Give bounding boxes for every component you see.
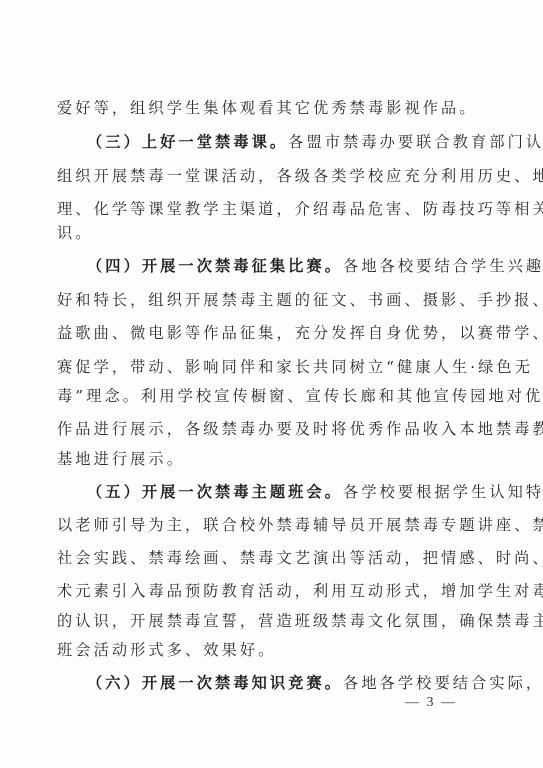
section-3-line: 组织开展禁毒一堂课活动，各级各类学校应充分利用历史、地 (57, 166, 514, 186)
section-4-text: 各地各校要结合学生兴趣爱 (343, 257, 543, 275)
paragraph-continuation: 爱好等，组织学生集体观看其它优秀禁毒影视作品。 (57, 98, 514, 118)
section-3-first-line: （三）上好一堂禁毒课。各盟市禁毒办要联合教育部门认真 (87, 132, 514, 152)
section-4-line: 好和特长，组织开展禁毒主题的征文、书画、摄影、手抄报、公 (57, 290, 514, 310)
section-5-heading: （五）开展一次禁毒主题班会。 (87, 483, 343, 501)
section-4-line: 毒”理念。利用学校宣传橱窗、宣传长廊和其他宣传园地对优秀 (57, 386, 514, 406)
section-5-line: 的认识，开展禁毒宣誓，营造班级禁毒文化氛围，确保禁毒主题 (57, 611, 514, 631)
section-5-text: 各学校要根据学生认知特点， (343, 483, 543, 501)
section-3-text: 各盟市禁毒办要联合教育部门认真 (288, 133, 543, 151)
document-page: 爱好等，组织学生集体观看其它优秀禁毒影视作品。 （三）上好一堂禁毒课。各盟市禁毒… (0, 0, 543, 768)
section-5-line: 术元素引入毒品预防教育活动，利用互动形式，增加学生对毒品 (57, 581, 514, 601)
page-number: — 3 — (405, 695, 457, 711)
section-4-heading: （四）开展一次禁毒征集比赛。 (87, 257, 343, 275)
section-5-first-line: （五）开展一次禁毒主题班会。各学校要根据学生认知特点， (87, 482, 514, 502)
section-6-heading: （六）开展一次禁毒知识竞赛。 (87, 674, 343, 692)
section-5-line: 社会实践、禁毒绘画、禁毒文艺演出等活动，把情感、时尚、艺 (57, 548, 514, 568)
section-4-first-line: （四）开展一次禁毒征集比赛。各地各校要结合学生兴趣爱 (87, 256, 514, 276)
section-3-line: 识。 (57, 223, 514, 243)
section-3-heading: （三）上好一堂禁毒课。 (87, 133, 288, 151)
section-5-line: 班会活动形式多、效果好。 (57, 640, 514, 660)
section-3-line: 理、化学等课堂教学主渠道，介绍毒品危害、防毒技巧等相关知 (57, 199, 514, 219)
section-4-line: 益歌曲、微电影等作品征集，充分发挥自身优势，以赛带学、以 (57, 323, 514, 343)
section-6-first-line: （六）开展一次禁毒知识竞赛。各地各学校要结合实际，组 (87, 673, 514, 693)
section-5-line: 以老师引导为主，联合校外禁毒辅导员开展禁毒专题讲座、禁毒 (57, 515, 514, 535)
section-4-line: 赛促学，带动、影响同伴和家长共同树立“健康人生·绿色无 (57, 357, 514, 377)
section-4-line: 作品进行展示，各级禁毒办要及时将优秀作品收入本地禁毒教育 (57, 419, 514, 439)
section-4-line: 基地进行展示。 (57, 449, 514, 469)
section-6-text: 各地各学校要结合实际，组 (343, 674, 543, 692)
